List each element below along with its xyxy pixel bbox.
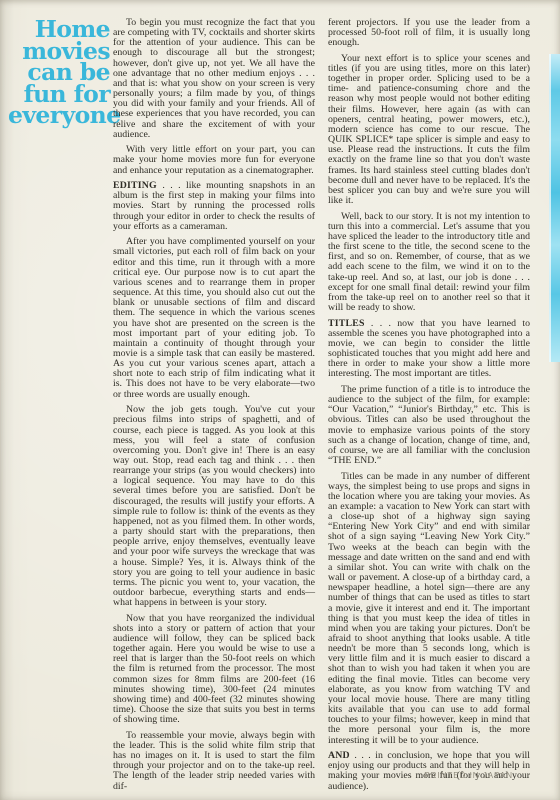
- paragraph: EDITING . . . like mounting snapshots in…: [113, 181, 315, 232]
- title-line: everyone: [8, 105, 110, 127]
- paragraph: After you have complimented yourself on …: [113, 237, 315, 400]
- paragraph: Now that you have reorganized the indivi…: [113, 614, 315, 726]
- paragraph-lead: TITLES: [328, 318, 365, 329]
- paragraph: Titles can be made in any number of diff…: [328, 472, 530, 746]
- paragraph-lead: AND: [328, 750, 350, 761]
- paragraph: Now the job gets tough. You've cut your …: [113, 405, 315, 608]
- paragraph: With very little effort on your part, yo…: [113, 145, 315, 175]
- magazine-page: Homemoviescan befun foreveryone To begin…: [0, 0, 560, 800]
- adjacent-page-edge: [549, 54, 560, 362]
- paragraph: Well, back to our story. It is not my in…: [328, 212, 530, 314]
- paragraph: To reassemble your movie, always begin w…: [113, 731, 315, 792]
- article-body: To begin you must recognize the fact tha…: [113, 18, 530, 797]
- column-left: To begin you must recognize the fact tha…: [113, 18, 315, 797]
- paragraph: The prime function of a title is to intr…: [328, 385, 530, 466]
- paragraph: ferent projectors. If you use the leader…: [328, 18, 530, 48]
- column-right: ferent projectors. If you use the leader…: [328, 18, 530, 797]
- printed-in-japan-note: PRINTED IN JAPAN: [424, 771, 513, 780]
- page-title: Homemoviescan befun foreveryone: [8, 19, 110, 127]
- paragraph: Your next effort is to splice your scene…: [328, 54, 530, 206]
- paragraph: To begin you must recognize the fact tha…: [113, 18, 315, 140]
- paragraph-lead: EDITING: [113, 180, 157, 191]
- paragraph: TITLES . . . now that you have learned t…: [328, 319, 530, 380]
